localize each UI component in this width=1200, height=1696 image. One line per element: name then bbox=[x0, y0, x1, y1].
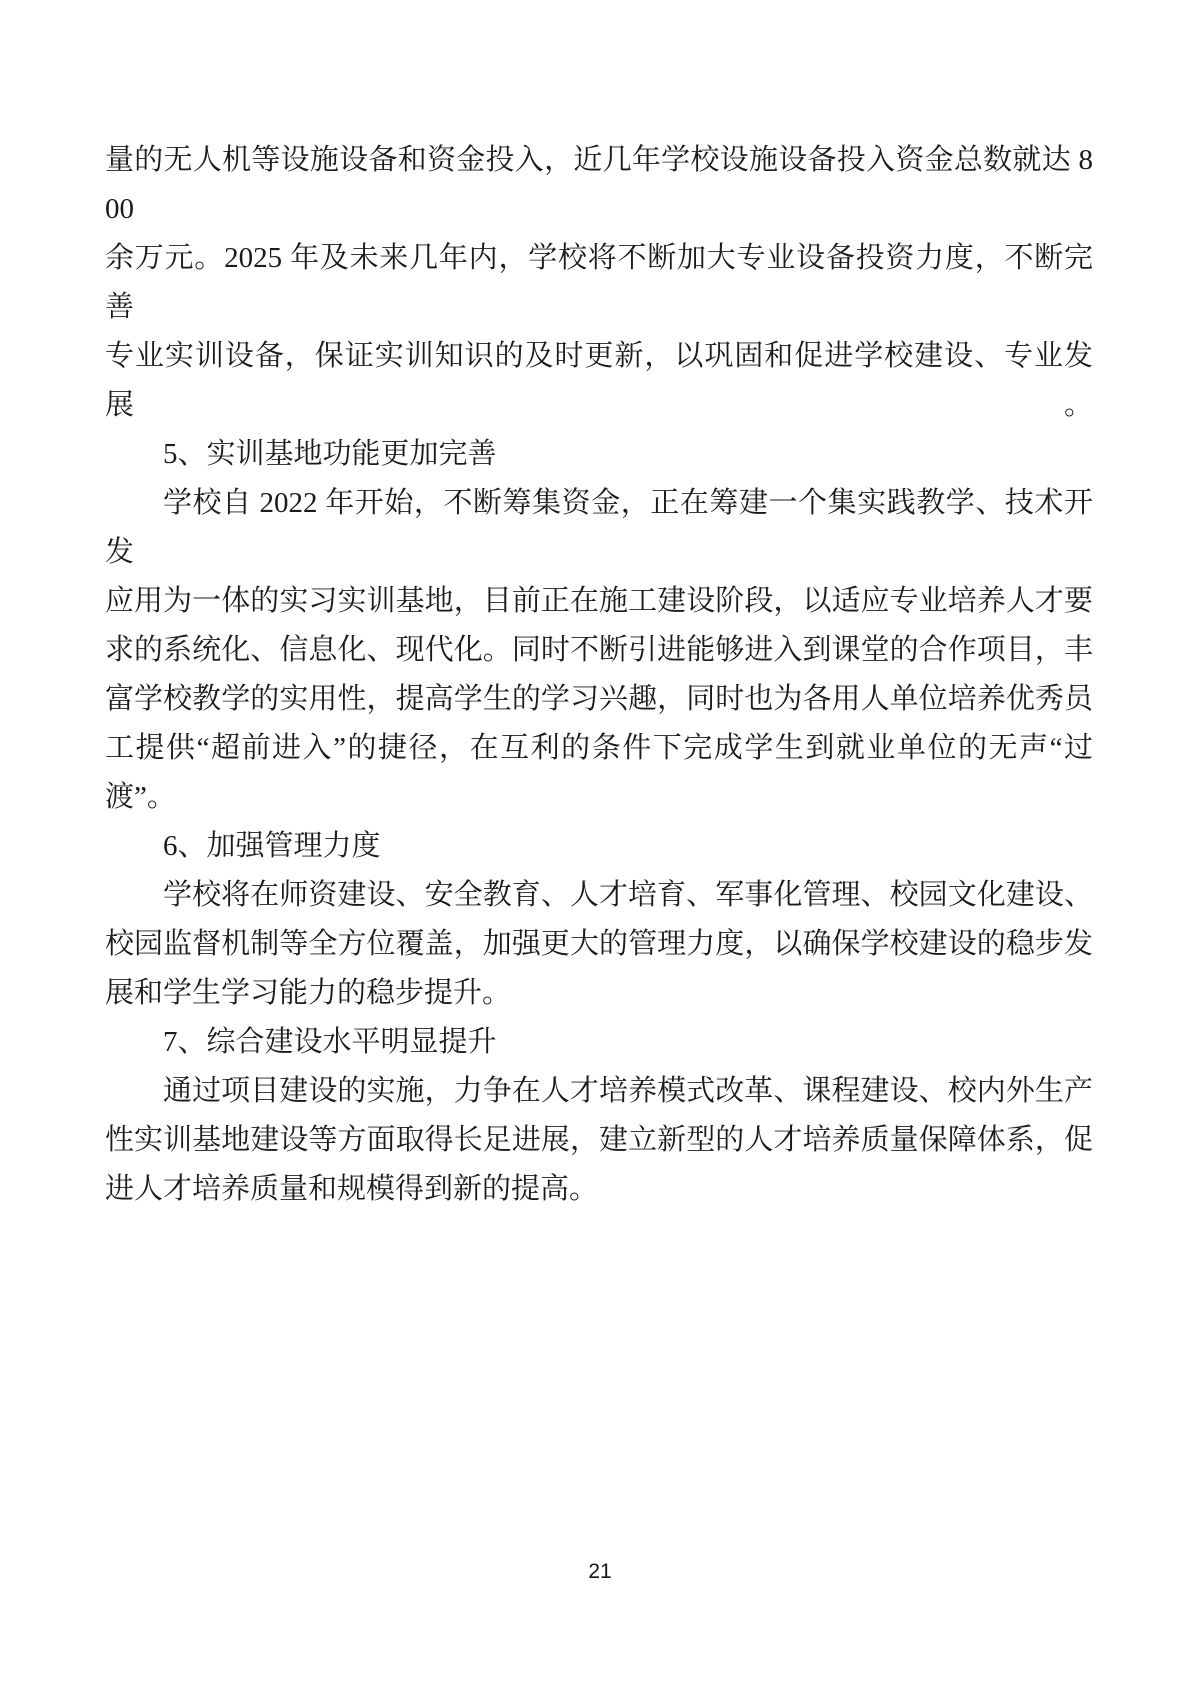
text-line: 学校自 2022 年开始，不断筹集资金，正在筹建一个集实践教学、技术开发 bbox=[105, 479, 1093, 577]
text-line: 校园监督机制等全方位覆盖，加强更大的管理力度，以确保学校建设的稳步发 bbox=[105, 920, 1093, 969]
document-body: 量的无人机等设施设备和资金投入，近几年学校设施设备投入资金总数就达 800 余万… bbox=[105, 136, 1093, 1214]
section-heading: 6、加强管理力度 bbox=[105, 822, 1093, 871]
document-page: 量的无人机等设施设备和资金投入，近几年学校设施设备投入资金总数就达 800 余万… bbox=[0, 0, 1200, 1696]
text-line: 进人才培养质量和规模得到新的提高。 bbox=[105, 1165, 1093, 1214]
text-line: 专业实训设备，保证实训知识的及时更新，以巩固和促进学校建设、专业发展。 bbox=[105, 332, 1093, 430]
text-line: 应用为一体的实习实训基地，目前正在施工建设阶段，以适应专业培养人才要 bbox=[105, 577, 1093, 626]
section-heading: 7、综合建设水平明显提升 bbox=[105, 1018, 1093, 1067]
text-line: 求的系统化、信息化、现代化。同时不断引进能够进入到课堂的合作项目，丰 bbox=[105, 626, 1093, 675]
text-line: 工提供“超前进入”的捷径，在互利的条件下完成学生到就业单位的无声“过 bbox=[105, 724, 1093, 773]
page-number: 21 bbox=[0, 1560, 1200, 1584]
text-line: 学校将在师资建设、安全教育、人才培育、军事化管理、校园文化建设、 bbox=[105, 871, 1093, 920]
text-line: 余万元。2025 年及未来几年内，学校将不断加大专业设备投资力度，不断完善 bbox=[105, 234, 1093, 332]
text-line: 性实训基地建设等方面取得长足进展，建立新型的人才培养质量保障体系，促 bbox=[105, 1116, 1093, 1165]
text-line: 展和学生学习能力的稳步提升。 bbox=[105, 969, 1093, 1018]
text-line: 量的无人机等设施设备和资金投入，近几年学校设施设备投入资金总数就达 800 bbox=[105, 136, 1093, 234]
text-line: 渡”。 bbox=[105, 773, 1093, 822]
section-heading: 5、实训基地功能更加完善 bbox=[105, 430, 1093, 479]
text-line: 富学校教学的实用性，提高学生的学习兴趣，同时也为各用人单位培养优秀员 bbox=[105, 675, 1093, 724]
text-line: 通过项目建设的实施，力争在人才培养模式改革、课程建设、校内外生产 bbox=[105, 1067, 1093, 1116]
